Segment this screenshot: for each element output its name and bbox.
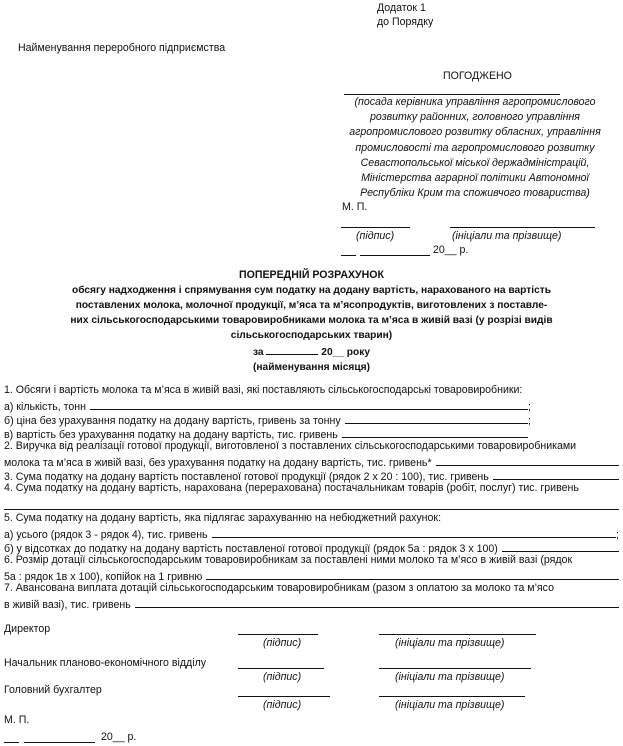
chief-accountant-signature-label: (підпис) xyxy=(263,699,301,711)
item-row: 6. Розмір дотації сільськогосподарським … xyxy=(4,554,572,567)
item-row: 4. Сума податку на додану вартість, нара… xyxy=(4,482,579,495)
item-row: 1. Обсяги і вартість молока та м’яса в ж… xyxy=(4,384,522,397)
note-line: Міністерства аграрної політики Автономно… xyxy=(330,171,620,186)
approval-day-line[interactable] xyxy=(341,255,356,256)
director-signature-line[interactable] xyxy=(238,634,318,635)
approval-name-line[interactable] xyxy=(450,227,595,228)
document-title-block: ПОПЕРЕДНІЙ РОЗРАХУНОК обсягу надходження… xyxy=(0,268,623,375)
period-line: за 20__ року xyxy=(0,343,623,360)
item-text: в живій вазі), тис. гривень xyxy=(4,599,131,611)
item-row: 7. Авансована виплата дотацій сільського… xyxy=(4,582,554,595)
director-name-label: (ініціали та прізвище) xyxy=(395,637,504,649)
month-blank[interactable] xyxy=(266,343,318,355)
item-value-blank[interactable] xyxy=(212,526,616,538)
item-value-blank[interactable] xyxy=(206,568,619,580)
title-line: сільськогосподарських тварин) xyxy=(0,328,623,343)
note-line: агропромислового розвитку обласних, упра… xyxy=(330,125,620,140)
item-value-blank[interactable] xyxy=(436,454,619,466)
chief-accountant-signature-line[interactable] xyxy=(238,696,330,697)
note-line: розвитку районних, головного управління xyxy=(330,110,620,125)
annex-reference: до Порядку xyxy=(377,16,433,28)
approval-name-label: (ініціали та прізвище) xyxy=(452,230,561,242)
period-suffix: 20__ року xyxy=(321,347,370,358)
item-value-blank[interactable] xyxy=(493,468,619,480)
director-name-line[interactable] xyxy=(379,634,536,635)
note-line: Республіки Крим та споживчого товариства… xyxy=(330,186,620,201)
title-line: поставлених молока, молочної продукції, … xyxy=(0,298,623,313)
planning-head-name-label: (ініціали та прізвище) xyxy=(395,671,504,683)
signatory-role-planning-head: Начальник планово-економічного відділу xyxy=(4,657,206,669)
annex-label: Додаток 1 xyxy=(377,2,426,14)
item-value-blank[interactable] xyxy=(135,596,619,608)
director-signature-label: (підпис) xyxy=(263,637,301,649)
item-text: 4. Сума податку на додану вартість, нара… xyxy=(4,482,579,494)
planning-head-signature-line[interactable] xyxy=(238,668,324,669)
document-heading: ПОПЕРЕДНІЙ РОЗРАХУНОК xyxy=(0,268,623,283)
footer-day-line[interactable] xyxy=(4,742,19,743)
item-text: 7. Авансована виплата дотацій сільського… xyxy=(4,582,554,594)
item-end-mark: ; xyxy=(528,415,531,427)
footer-date-year: 20__ р. xyxy=(101,731,136,743)
approval-signature-label: (підпис) xyxy=(356,230,394,242)
period-note: (найменування місяця) xyxy=(0,360,623,375)
note-line: (посада керівника управління агропромисл… xyxy=(330,95,620,110)
footer-seal-mark: М. П. xyxy=(4,714,29,726)
footer-month-line[interactable] xyxy=(24,742,95,743)
item-value-blank[interactable] xyxy=(345,412,528,424)
approval-month-line[interactable] xyxy=(360,255,430,256)
approval-date-year: 20__ р. xyxy=(433,244,468,256)
title-line: обсягу надходження і спрямування сум под… xyxy=(0,283,623,298)
item-text: 1. Обсяги і вартість молока та м’яса в ж… xyxy=(4,384,522,396)
item-value-blank[interactable] xyxy=(4,498,619,510)
approver-position-note: (посада керівника управління агропромисл… xyxy=(330,95,620,201)
chief-accountant-name-line[interactable] xyxy=(379,696,525,697)
item-text: 6. Розмір дотації сільськогосподарським … xyxy=(4,554,572,566)
approval-title: ПОГОДЖЕНО xyxy=(443,70,512,82)
signatory-role-chief-accountant: Головний бухгалтер xyxy=(4,684,102,696)
item-text: 5. Сума податку на додану вартість, яка … xyxy=(4,512,441,524)
item-text: 2. Виручка від реалізації готової продук… xyxy=(4,440,576,452)
title-line: них сільськогосподарськими товаровиробни… xyxy=(0,313,623,328)
signatory-role-director: Директор xyxy=(4,623,50,635)
planning-head-name-line[interactable] xyxy=(379,668,531,669)
item-value-blank[interactable] xyxy=(90,398,528,410)
item-value-blank[interactable] xyxy=(342,426,528,438)
item-row: 5. Сума податку на додану вартість, яка … xyxy=(4,512,441,525)
item-row: 2. Виручка від реалізації готової продук… xyxy=(4,440,576,453)
seal-mark: М. П. xyxy=(342,201,367,213)
approval-signature-line[interactable] xyxy=(341,227,410,228)
enterprise-name-label: Найменування переробного підприємства xyxy=(18,42,225,54)
period-prefix: за xyxy=(253,347,264,358)
item-row: в живій вазі), тис. гривень xyxy=(4,596,619,612)
chief-accountant-name-label: (ініціали та прізвище) xyxy=(395,699,504,711)
note-line: промисловості та агропромислового розвит… xyxy=(330,141,620,156)
planning-head-signature-label: (підпис) xyxy=(263,671,301,683)
note-line: Севастопольської міської держадміністрац… xyxy=(330,156,620,171)
item-value-blank[interactable] xyxy=(502,540,619,552)
